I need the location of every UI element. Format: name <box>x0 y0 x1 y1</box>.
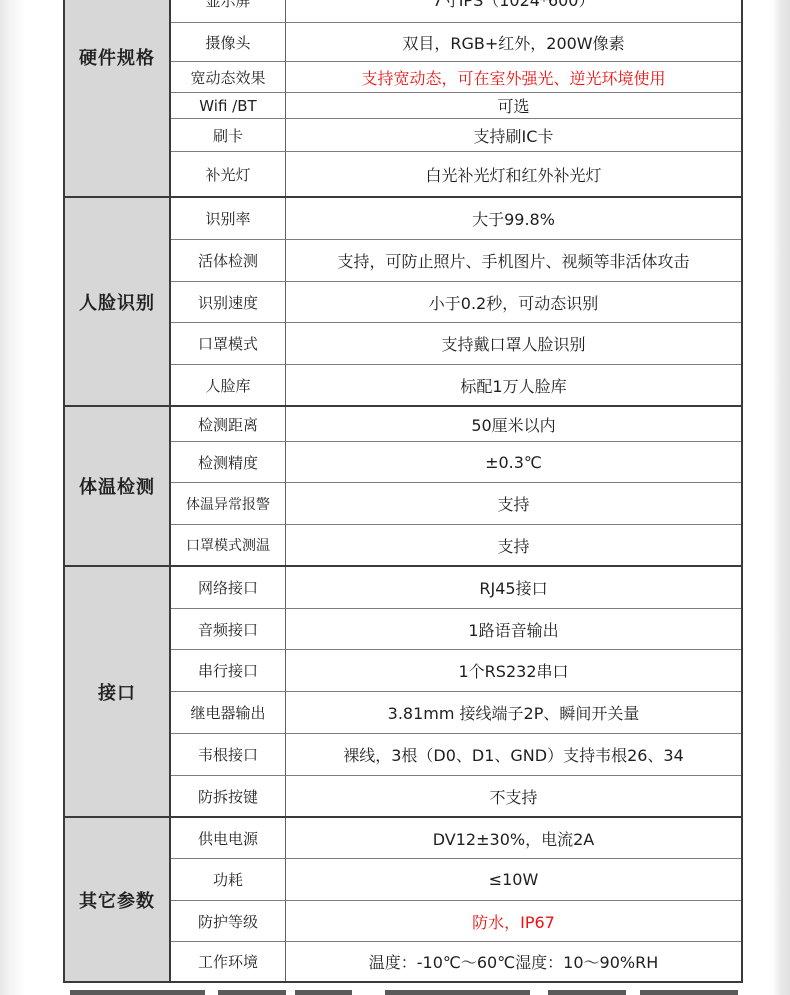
param-label: 识别速度 <box>198 292 258 313</box>
value-text: 7寸IPS（1024*600） <box>433 0 595 12</box>
param-cell: 识别速度 <box>171 282 286 322</box>
param-label: 工作环境 <box>198 951 258 972</box>
param-label: 刷卡 <box>213 125 243 146</box>
param-label: 口罩模式测温 <box>186 535 270 555</box>
spec-row: 防拆按键 不支持 <box>171 775 741 816</box>
value-cell: 3.81mm 接线端子2P、瞬间开关量 <box>286 692 741 733</box>
param-cell: 网络接口 <box>171 567 286 608</box>
spec-row: 韦根接口 裸线，3根（D0、D1、GND）支持韦根26、34 <box>171 733 741 775</box>
spec-row: 检测精度 ±0.3℃ <box>171 441 741 482</box>
param-label: 显示屏 <box>205 0 250 12</box>
param-label: 韦根接口 <box>198 744 258 765</box>
section-hardware-specs: 硬件规格 显示屏 7寸IPS（1024*600） 摄像头 双目，RGB+红外，2… <box>65 0 741 198</box>
value-cell: 支持 <box>286 525 741 565</box>
category-label: 人脸识别 <box>79 289 155 315</box>
spec-row: 识别率 大于99.8% <box>171 198 741 239</box>
value-cell: 温度：-10℃～60℃湿度：10～90%RH <box>286 942 741 981</box>
param-label: 功耗 <box>213 869 243 890</box>
value-text: 支持 <box>497 534 529 557</box>
param-label: 防拆按键 <box>198 786 258 807</box>
spec-row: 显示屏 7寸IPS（1024*600） <box>171 0 741 22</box>
value-cell: 不支持 <box>286 776 741 816</box>
value-text: 可选 <box>497 94 529 117</box>
clipped-content-dash <box>70 990 205 995</box>
value-text: 小于0.2秒，可动态识别 <box>429 291 598 314</box>
spec-row: 识别速度 小于0.2秒，可动态识别 <box>171 281 741 322</box>
param-label: 串行接口 <box>198 660 258 681</box>
value-text: 温度：-10℃～60℃湿度：10～90%RH <box>369 950 659 973</box>
spec-row: 网络接口 RJ45接口 <box>171 567 741 608</box>
value-text: 裸线，3根（D0、D1、GND）支持韦根26、34 <box>343 743 684 766</box>
spec-row: Wifi /BT 可选 <box>171 92 741 118</box>
param-label: 补光灯 <box>205 164 250 185</box>
param-cell: 检测距离 <box>171 407 286 441</box>
spec-row: 工作环境 温度：-10℃～60℃湿度：10～90%RH <box>171 941 741 981</box>
category-label: 硬件规格 <box>79 44 155 70</box>
param-cell: 宽动态效果 <box>171 62 286 92</box>
param-cell: 摄像头 <box>171 23 286 61</box>
value-cell: RJ45接口 <box>286 567 741 608</box>
value-cell: 防水，IP67 <box>286 901 741 941</box>
value-text: 支持戴口罩人脸识别 <box>441 332 585 355</box>
param-cell: 显示屏 <box>171 0 286 22</box>
param-label: 口罩模式 <box>198 333 258 354</box>
category-cell: 体温检测 <box>65 407 171 565</box>
value-cell: 支持刷IC卡 <box>286 119 741 151</box>
value-cell: 支持戴口罩人脸识别 <box>286 323 741 364</box>
spec-row: 刷卡 支持刷IC卡 <box>171 118 741 151</box>
section-rows: 识别率 大于99.8% 活体检测 支持，可防止照片、手机图片、视频等非活体攻击 … <box>171 198 741 405</box>
section-face-recognition: 人脸识别 识别率 大于99.8% 活体检测 支持，可防止照片、手机图片、视频等非… <box>65 198 741 407</box>
param-label: 识别率 <box>205 208 250 229</box>
param-cell: 口罩模式 <box>171 323 286 364</box>
section-temperature-detection: 体温检测 检测距离 50厘米以内 检测精度 ±0.3℃ 体温异常报警 支持 口罩… <box>65 407 741 567</box>
param-label: 防护等级 <box>198 911 258 932</box>
param-label: 活体检测 <box>198 250 258 271</box>
value-text: 标配1万人脸库 <box>460 374 566 397</box>
category-cell: 其它参数 <box>65 818 171 981</box>
value-cell: 支持 <box>286 483 741 524</box>
spec-row: 防护等级 防水，IP67 <box>171 900 741 941</box>
spec-row: 功耗 ≤10W <box>171 858 741 900</box>
section-other-parameters: 其它参数 供电电源 DV12±30%，电流2A 功耗 ≤10W 防护等级 防水，… <box>65 818 741 981</box>
section-rows: 显示屏 7寸IPS（1024*600） 摄像头 双目，RGB+红外，200W像素… <box>171 0 741 196</box>
value-text: 1个RS232串口 <box>459 659 569 682</box>
value-text: 不支持 <box>489 785 537 808</box>
spec-row: 供电电源 DV12±30%，电流2A <box>171 818 741 858</box>
clipped-content-dash <box>640 990 738 995</box>
value-cell: ≤10W <box>286 859 741 900</box>
value-cell: 白光补光灯和红外补光灯 <box>286 152 741 196</box>
param-cell: Wifi /BT <box>171 93 286 118</box>
param-cell: 活体检测 <box>171 240 286 281</box>
spec-row: 活体检测 支持，可防止照片、手机图片、视频等非活体攻击 <box>171 239 741 281</box>
param-label: 体温异常报警 <box>186 494 270 514</box>
clipped-content-dash <box>385 990 530 995</box>
clipped-next-content-strip <box>0 990 790 995</box>
param-cell: 人脸库 <box>171 365 286 405</box>
value-text: 支持 <box>497 492 529 515</box>
value-text: 1路语音输出 <box>468 618 558 641</box>
spec-row: 口罩模式测温 支持 <box>171 524 741 565</box>
param-cell: 韦根接口 <box>171 734 286 775</box>
param-cell: 补光灯 <box>171 152 286 196</box>
param-label: 继电器输出 <box>190 702 265 723</box>
section-interfaces: 接口 网络接口 RJ45接口 音频接口 1路语音输出 串行接口 1个RS232串… <box>65 567 741 818</box>
param-cell: 检测精度 <box>171 442 286 482</box>
spec-row: 检测距离 50厘米以内 <box>171 407 741 441</box>
value-cell: 小于0.2秒，可动态识别 <box>286 282 741 322</box>
spec-row: 补光灯 白光补光灯和红外补光灯 <box>171 151 741 196</box>
param-label: Wifi /BT <box>199 97 256 115</box>
spec-row: 宽动态效果 支持宽动态，可在室外强光、逆光环境使用 <box>171 61 741 92</box>
spec-row: 口罩模式 支持戴口罩人脸识别 <box>171 322 741 364</box>
value-cell: 支持宽动态，可在室外强光、逆光环境使用 <box>286 62 741 92</box>
param-label: 音频接口 <box>198 619 258 640</box>
clipped-content-dash <box>218 990 286 995</box>
spec-row: 摄像头 双目，RGB+红外，200W像素 <box>171 22 741 61</box>
spec-table: 硬件规格 显示屏 7寸IPS（1024*600） 摄像头 双目，RGB+红外，2… <box>63 0 743 983</box>
param-cell: 工作环境 <box>171 942 286 981</box>
section-rows: 供电电源 DV12±30%，电流2A 功耗 ≤10W 防护等级 防水，IP67 … <box>171 818 741 981</box>
category-cell: 硬件规格 <box>65 0 171 196</box>
value-cell: DV12±30%，电流2A <box>286 818 741 858</box>
section-rows: 网络接口 RJ45接口 音频接口 1路语音输出 串行接口 1个RS232串口 继… <box>171 567 741 816</box>
section-rows: 检测距离 50厘米以内 检测精度 ±0.3℃ 体温异常报警 支持 口罩模式测温 … <box>171 407 741 565</box>
value-text: 白光补光灯和红外补光灯 <box>425 163 601 186</box>
value-text: 双目，RGB+红外，200W像素 <box>402 31 624 54</box>
value-cell: 1路语音输出 <box>286 609 741 649</box>
clipped-content-dash <box>548 990 626 995</box>
spec-row: 人脸库 标配1万人脸库 <box>171 364 741 405</box>
param-cell: 供电电源 <box>171 818 286 858</box>
param-cell: 体温异常报警 <box>171 483 286 524</box>
param-cell: 串行接口 <box>171 650 286 691</box>
value-text: 3.81mm 接线端子2P、瞬间开关量 <box>388 701 640 724</box>
value-cell: 裸线，3根（D0、D1、GND）支持韦根26、34 <box>286 734 741 775</box>
spec-row: 音频接口 1路语音输出 <box>171 608 741 649</box>
category-label: 体温检测 <box>79 473 155 499</box>
spec-row: 继电器输出 3.81mm 接线端子2P、瞬间开关量 <box>171 691 741 733</box>
value-text: RJ45接口 <box>479 576 547 599</box>
value-cell: 可选 <box>286 93 741 118</box>
value-text: 50厘米以内 <box>471 413 555 436</box>
param-cell: 继电器输出 <box>171 692 286 733</box>
param-label: 网络接口 <box>198 577 258 598</box>
value-cell: 支持，可防止照片、手机图片、视频等非活体攻击 <box>286 240 741 281</box>
category-label: 接口 <box>98 679 136 705</box>
param-label: 摄像头 <box>205 32 250 53</box>
value-cell: 1个RS232串口 <box>286 650 741 691</box>
value-text: DV12±30%，电流2A <box>433 827 594 850</box>
value-text: 大于99.8% <box>472 207 555 230</box>
param-label: 检测距离 <box>198 414 258 435</box>
param-label: 人脸库 <box>205 375 250 396</box>
param-cell: 功耗 <box>171 859 286 900</box>
product-spec-page: { "colors":{ "category-bg":"#d7d7d7", "b… <box>0 0 790 995</box>
value-text: ±0.3℃ <box>485 453 542 472</box>
param-cell: 口罩模式测温 <box>171 525 286 565</box>
param-cell: 识别率 <box>171 198 286 239</box>
param-cell: 刷卡 <box>171 119 286 151</box>
clipped-content-dash <box>295 990 352 995</box>
value-text: 支持刷IC卡 <box>474 124 554 147</box>
value-cell: ±0.3℃ <box>286 442 741 482</box>
param-cell: 防护等级 <box>171 901 286 941</box>
value-cell: 50厘米以内 <box>286 407 741 441</box>
value-text-highlight: 防水，IP67 <box>472 910 555 933</box>
param-cell: 音频接口 <box>171 609 286 649</box>
value-text: ≤10W <box>489 870 539 889</box>
value-text: 支持，可防止照片、手机图片、视频等非活体攻击 <box>337 249 689 272</box>
value-cell: 大于99.8% <box>286 198 741 239</box>
spec-row: 体温异常报警 支持 <box>171 482 741 524</box>
param-label: 供电电源 <box>198 828 258 849</box>
value-cell: 标配1万人脸库 <box>286 365 741 405</box>
param-cell: 防拆按键 <box>171 776 286 816</box>
page-right-shadow <box>772 0 790 995</box>
category-cell: 人脸识别 <box>65 198 171 405</box>
value-cell: 双目，RGB+红外，200W像素 <box>286 23 741 61</box>
param-label: 检测精度 <box>198 452 258 473</box>
value-cell: 7寸IPS（1024*600） <box>286 0 741 22</box>
value-text-highlight: 支持宽动态，可在室外强光、逆光环境使用 <box>361 66 665 89</box>
param-label: 宽动态效果 <box>190 67 265 88</box>
category-label: 其它参数 <box>79 887 155 913</box>
spec-row: 串行接口 1个RS232串口 <box>171 649 741 691</box>
category-cell: 接口 <box>65 567 171 816</box>
page-left-shadow <box>0 0 26 995</box>
